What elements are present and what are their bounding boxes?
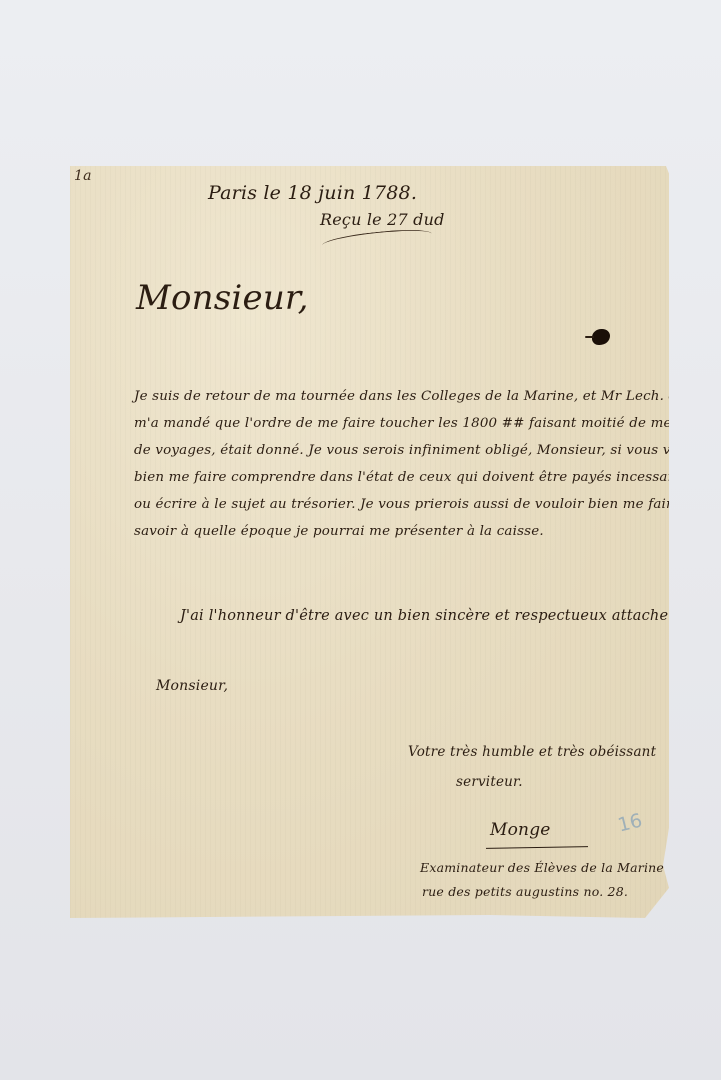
flourish-underline xyxy=(322,226,433,252)
archive-number: 16 xyxy=(616,809,645,836)
body-line: de voyages, était donné. Je vous serois … xyxy=(134,443,712,458)
signature-underline xyxy=(486,846,588,849)
valediction-line-1: Votre très humble et très obéissant xyxy=(408,744,656,760)
closing-address: Monsieur, xyxy=(156,678,228,694)
signer-title: Examinateur des Élèves de la Marine xyxy=(420,860,664,875)
body-line: ou écrire à le sujet au trésorier. Je vo… xyxy=(134,497,681,512)
received-note: Reçu le 27 dud xyxy=(320,210,445,229)
signer-address: rue des petits augustins no. 28. xyxy=(422,884,628,899)
signature: Monge xyxy=(490,820,551,840)
ink-blot xyxy=(592,329,610,345)
body-line: Je suis de retour de ma tournée dans les… xyxy=(134,389,721,404)
folio-mark: 1a xyxy=(74,168,92,184)
body-line: bien me faire comprendre dans l'état de … xyxy=(134,470,720,485)
closing-line: J'ai l'honneur d'être avec un bien sincè… xyxy=(180,608,711,624)
letter-paper: 1a Paris le 18 juin 1788. Reçu le 27 dud… xyxy=(70,166,669,918)
salutation: Monsieur, xyxy=(136,278,309,318)
body-line: savoir à quelle époque je pourrai me pré… xyxy=(134,524,544,539)
body-line: m'a mandé que l'ordre de me faire touche… xyxy=(134,416,715,431)
valediction-line-2: serviteur. xyxy=(456,774,523,790)
date-line: Paris le 18 juin 1788. xyxy=(208,182,417,204)
